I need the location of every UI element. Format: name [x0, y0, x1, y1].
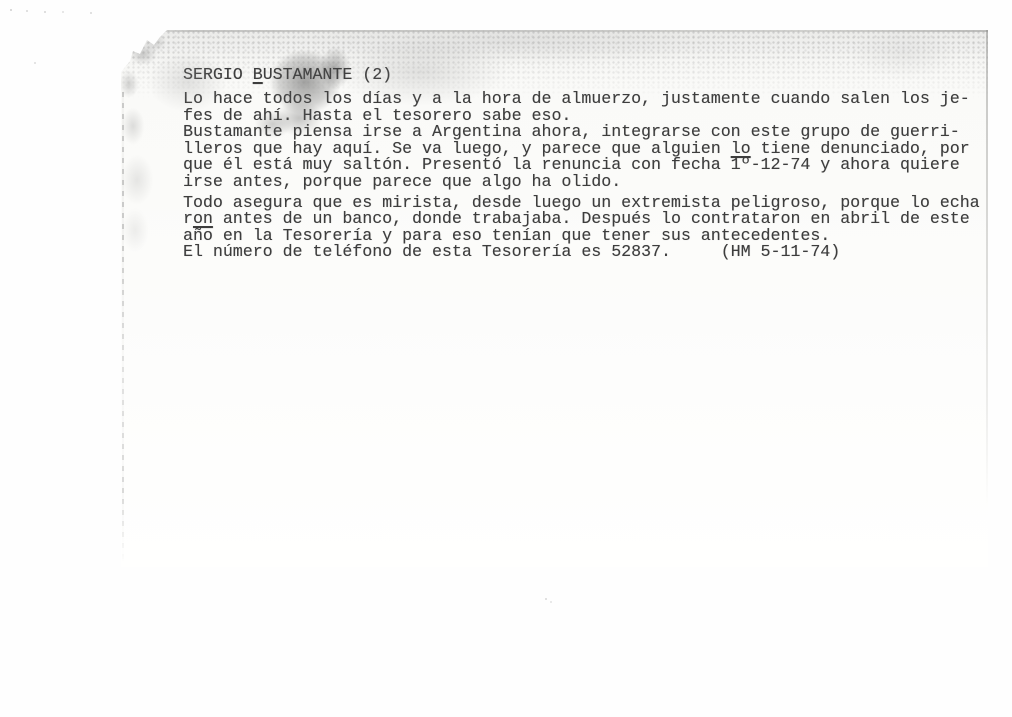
page-right-edge: [986, 30, 988, 508]
text-line: irse antes, porque parece que algo ha ol…: [183, 174, 980, 191]
page-title: SERGIO BUSTAMANTE (2): [183, 66, 392, 83]
page-top-edge: [121, 30, 988, 32]
text-segment: El número de teléfono de esta Tesorería …: [183, 242, 840, 261]
scan-background: { "document": { "kind": "scanned typewri…: [0, 0, 1012, 717]
scanner-dust-specks: [10, 9, 12, 11]
document-text: Lo hace todos los días y a la hora de al…: [183, 91, 980, 261]
text-line: El número de teléfono de esta Tesorería …: [183, 244, 980, 261]
title-segment: B: [253, 65, 263, 84]
text-segment: irse antes, porque parece que algo ha ol…: [183, 172, 621, 191]
title-segment: SERGIO: [183, 65, 253, 84]
torn-left-edge-crease: [122, 92, 124, 564]
document-page: SERGIO BUSTAMANTE (2) Lo hace todos los …: [121, 30, 988, 567]
title-segment: USTAMANTE (2): [263, 65, 392, 84]
